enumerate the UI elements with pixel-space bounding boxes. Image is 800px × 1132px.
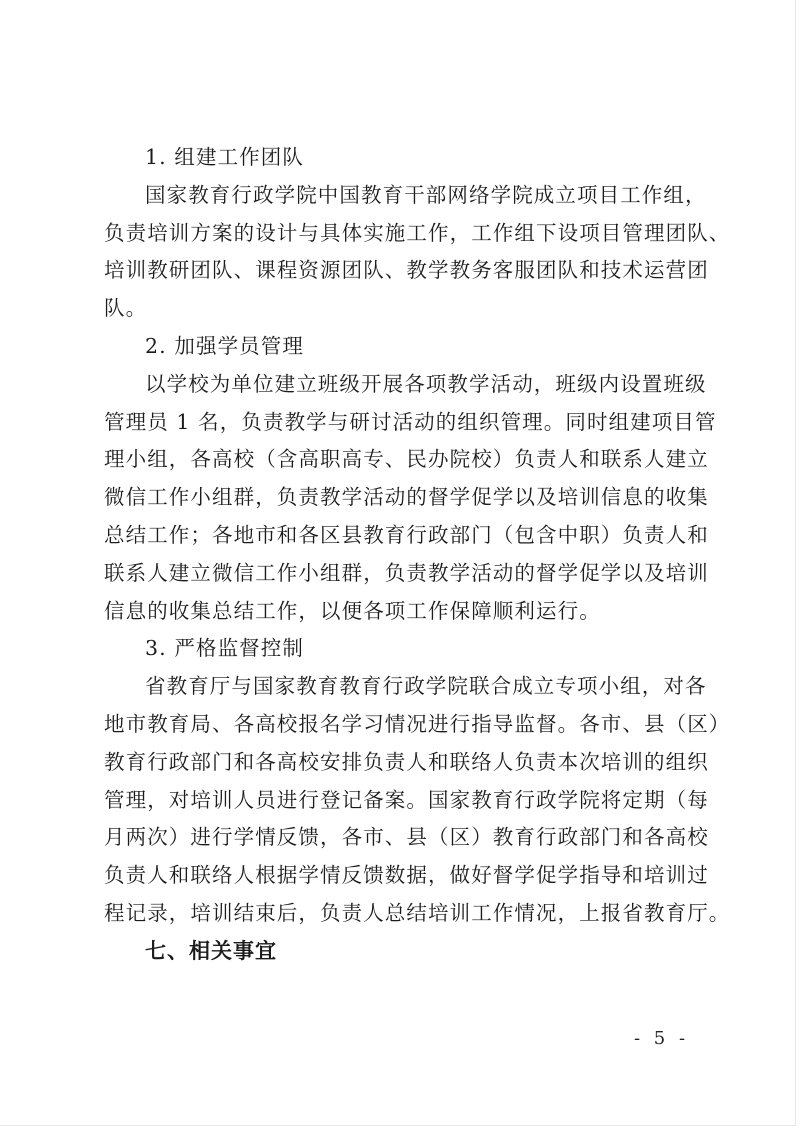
paragraph-line: 信息的收集总结工作，以便各项工作保障顺利运行。: [104, 593, 694, 631]
paragraph-line: 地市教育局、各高校报名学习情况进行指导监督。各市、县（区）: [104, 706, 694, 744]
section-heading-supervision: 3. 严格监督控制: [104, 630, 694, 668]
paragraph-line: 微信工作小组群，负责教学活动的督学促学以及培训信息的收集: [104, 479, 694, 517]
paragraph-line: 省教育厅与国家教育教育行政学院联合成立专项小组，对各: [104, 668, 694, 706]
paragraph-line: 管理员 1 名，负责教学与研讨活动的组织管理。同时组建项目管: [104, 404, 694, 442]
page-number: - 5 -: [634, 1028, 689, 1049]
section-heading-student-management: 2. 加强学员管理: [104, 328, 694, 366]
document-page: 1. 组建工作团队 国家教育行政学院中国教育干部网络学院成立项目工作组， 负责培…: [0, 0, 796, 1126]
paragraph-line: 程记录，培训结束后，负责人总结培训工作情况，上报省教育厅。: [104, 895, 694, 933]
chapter-heading-related-matters: 七、相关事宜: [104, 933, 694, 971]
section-heading-build-team: 1. 组建工作团队: [104, 139, 694, 177]
paragraph-line: 管理，对培训人员进行登记备案。国家教育行政学院将定期（每: [104, 782, 694, 820]
paragraph-line: 负责人和联络人根据学情反馈数据，做好督学促学指导和培训过: [104, 857, 694, 895]
paragraph-line: 以学校为单位建立班级开展各项教学活动，班级内设置班级: [104, 366, 694, 404]
paragraph-line: 国家教育行政学院中国教育干部网络学院成立项目工作组，: [104, 177, 694, 215]
paragraph-line: 月两次）进行学情反馈，各市、县（区）教育行政部门和各高校: [104, 819, 694, 857]
paragraph-line: 总结工作；各地市和各区县教育行政部门（包含中职）负责人和: [104, 517, 694, 555]
paragraph-line: 理小组，各高校（含高职高专、民办院校）负责人和联系人建立: [104, 441, 694, 479]
paragraph-line: 负责培训方案的设计与具体实施工作，工作组下设项目管理团队、: [104, 215, 694, 253]
paragraph-line: 队。: [104, 290, 694, 328]
document-body: 1. 组建工作团队 国家教育行政学院中国教育干部网络学院成立项目工作组， 负责培…: [104, 139, 694, 971]
paragraph-line: 培训教研团队、课程资源团队、教学教务客服团队和技术运营团: [104, 252, 694, 290]
paragraph-line: 联系人建立微信工作小组群，负责教学活动的督学促学以及培训: [104, 555, 694, 593]
paragraph-line: 教育行政部门和各高校安排负责人和联络人负责本次培训的组织: [104, 744, 694, 782]
